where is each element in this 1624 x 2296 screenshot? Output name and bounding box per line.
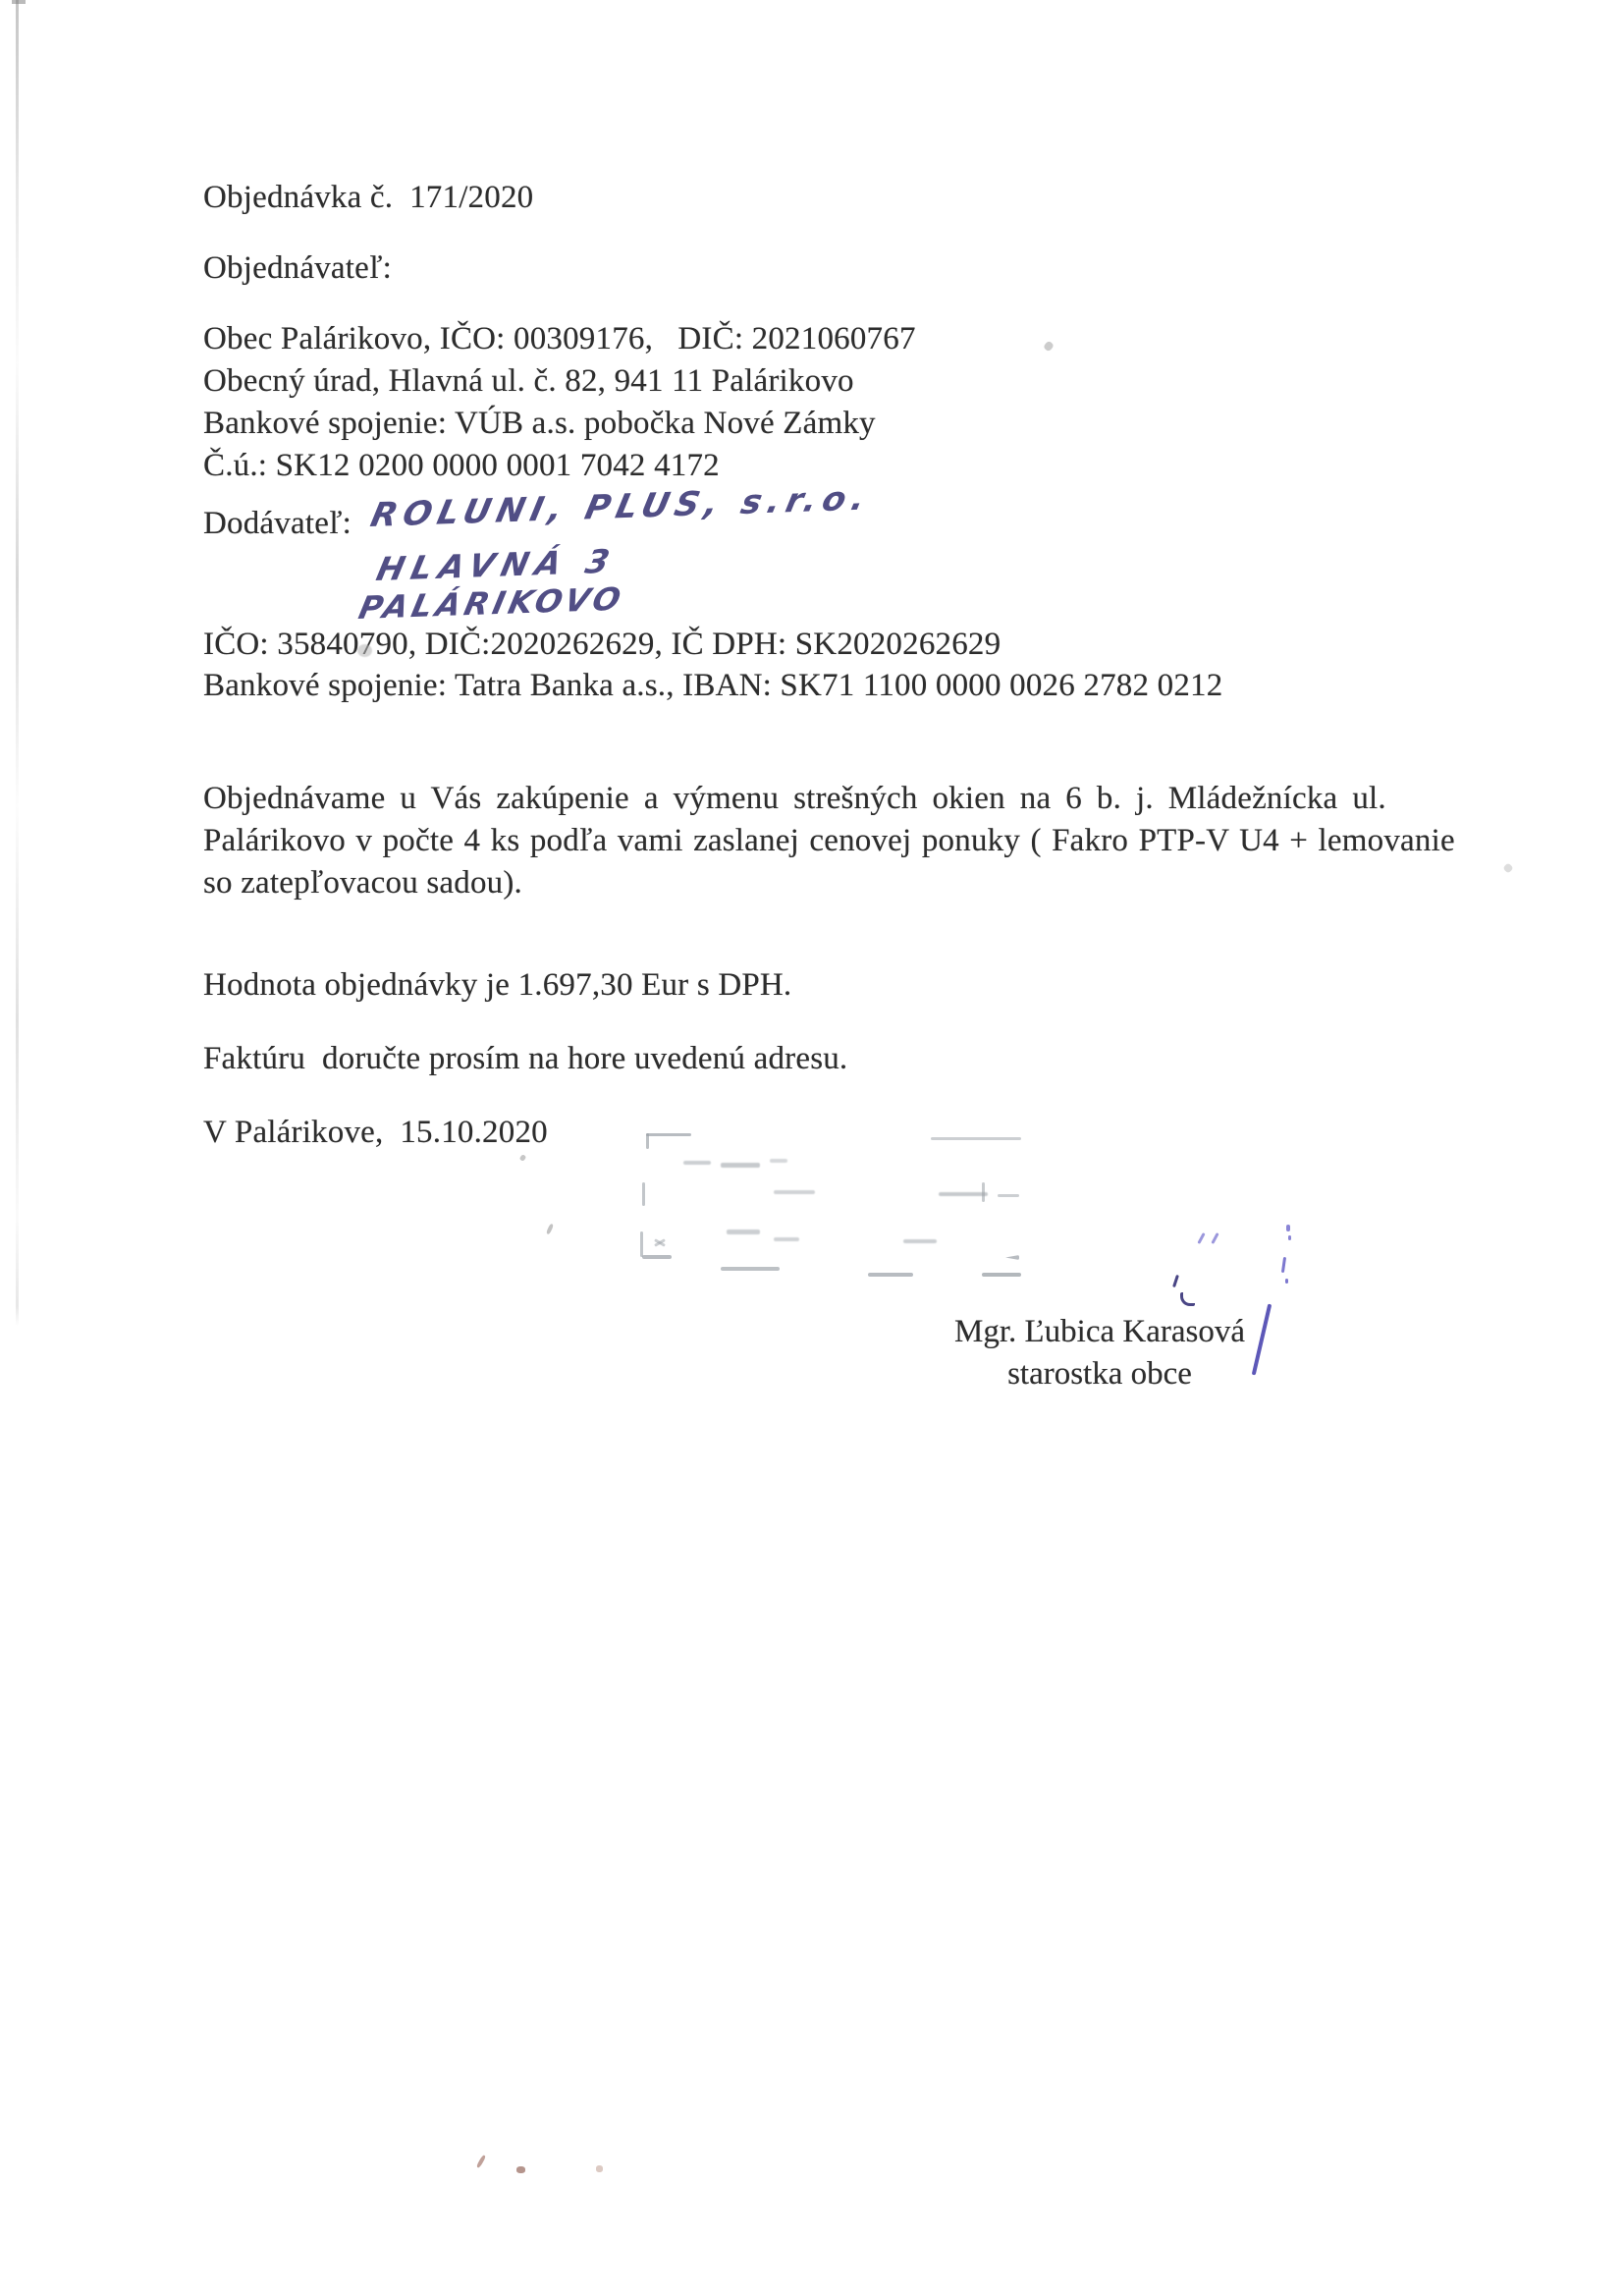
orderer-line-3: Bankové spojenie: VÚB a.s. pobočka Nové …: [203, 403, 876, 445]
pen-mark: [1197, 1232, 1205, 1244]
pen-mark: [1281, 1257, 1286, 1273]
stamp-stroke: [640, 1231, 643, 1257]
stamp-stroke: [642, 1255, 672, 1259]
pen-mark: [1285, 1279, 1288, 1284]
scan-speck: [476, 2155, 486, 2168]
order-value-line: Hodnota objednávky je 1.697,30 Eur s DPH…: [203, 964, 791, 1007]
stamp-stroke: [642, 1182, 645, 1206]
signatory-role: starostka obce: [903, 1353, 1296, 1395]
stamp-stroke: [727, 1230, 760, 1234]
orderer-line-2: Obecný úrad, Hlavná ul. č. 82, 941 11 Pa…: [203, 360, 854, 403]
stamp-stroke: [931, 1137, 1021, 1140]
scanned-page: { "document": { "title": "Objednávka č. …: [0, 0, 1624, 2296]
pen-mark: [1180, 1292, 1195, 1306]
stamp-stroke: [868, 1273, 913, 1277]
supplier-label: Dodávateľ:: [203, 503, 352, 545]
scan-speck: [546, 1224, 554, 1235]
stamp-stroke: [774, 1237, 799, 1241]
scan-speck: [519, 1154, 527, 1162]
stamp-stroke: [646, 1133, 691, 1136]
place-date-line: V Palárikove, 15.10.2020: [203, 1112, 548, 1154]
pen-mark: [1288, 1235, 1291, 1240]
stamp-stroke: [721, 1163, 760, 1168]
orderer-label: Objednávateľ:: [203, 247, 392, 290]
invoice-instruction-line: Faktúru doručte prosím na hore uvedenú a…: [203, 1038, 847, 1080]
scan-corner-mark: [12, 0, 26, 4]
supplier-line-2: Bankové spojenie: Tatra Banka a.s., IBAN…: [203, 665, 1222, 707]
supplier-line-1: IČO: 35840790, DIČ:2020262629, IČ DPH: S…: [203, 624, 1001, 666]
stamp-stroke: [646, 1133, 649, 1149]
stamp-stroke: [683, 1161, 711, 1165]
body-paragraph-line-2: Palárikovo v počte 4 ks podľa vami zasla…: [203, 820, 1455, 862]
scan-speck: [596, 2165, 603, 2172]
signatory-name: Mgr. Ľubica Karasová: [903, 1311, 1296, 1353]
scan-edge-artifact: [16, 0, 19, 1326]
body-paragraph-line-3: so zatepľovacou sadou).: [203, 862, 522, 904]
pen-mark: [1286, 1225, 1290, 1231]
order-title: Objednávka č. 171/2020: [203, 177, 533, 219]
stamp-stroke: [982, 1273, 1021, 1277]
signature-block: Mgr. Ľubica Karasová starostka obce: [903, 1311, 1296, 1395]
stamp-stroke: [998, 1194, 1019, 1197]
stamp-impression: [636, 1127, 1029, 1285]
scan-speck: [1043, 340, 1055, 352]
stamp-stroke: [982, 1182, 985, 1202]
scan-speck: [357, 644, 372, 657]
stamp-stroke: [939, 1192, 988, 1196]
pen-mark: [1211, 1232, 1218, 1244]
stamp-stroke: [721, 1267, 780, 1271]
body-paragraph-line-1: Objednávame u Vás zakúpenie a výmenu str…: [203, 778, 1386, 820]
scan-speck: [1502, 862, 1513, 873]
scan-speck: [516, 2166, 525, 2173]
orderer-line-1: Obec Palárikovo, IČO: 00309176, DIČ: 202…: [203, 318, 916, 360]
supplier-handwritten-name: ROLUNI, PLUS, s.r.o.: [367, 478, 875, 535]
stamp-stroke: [770, 1159, 787, 1163]
stamp-stroke: [903, 1239, 937, 1243]
stamp-stroke: [774, 1190, 815, 1194]
stamp-stroke: [1005, 1255, 1019, 1260]
pen-mark: [1172, 1275, 1179, 1287]
orderer-line-4: Č.ú.: SK12 0200 0000 0001 7042 4172: [203, 445, 720, 487]
